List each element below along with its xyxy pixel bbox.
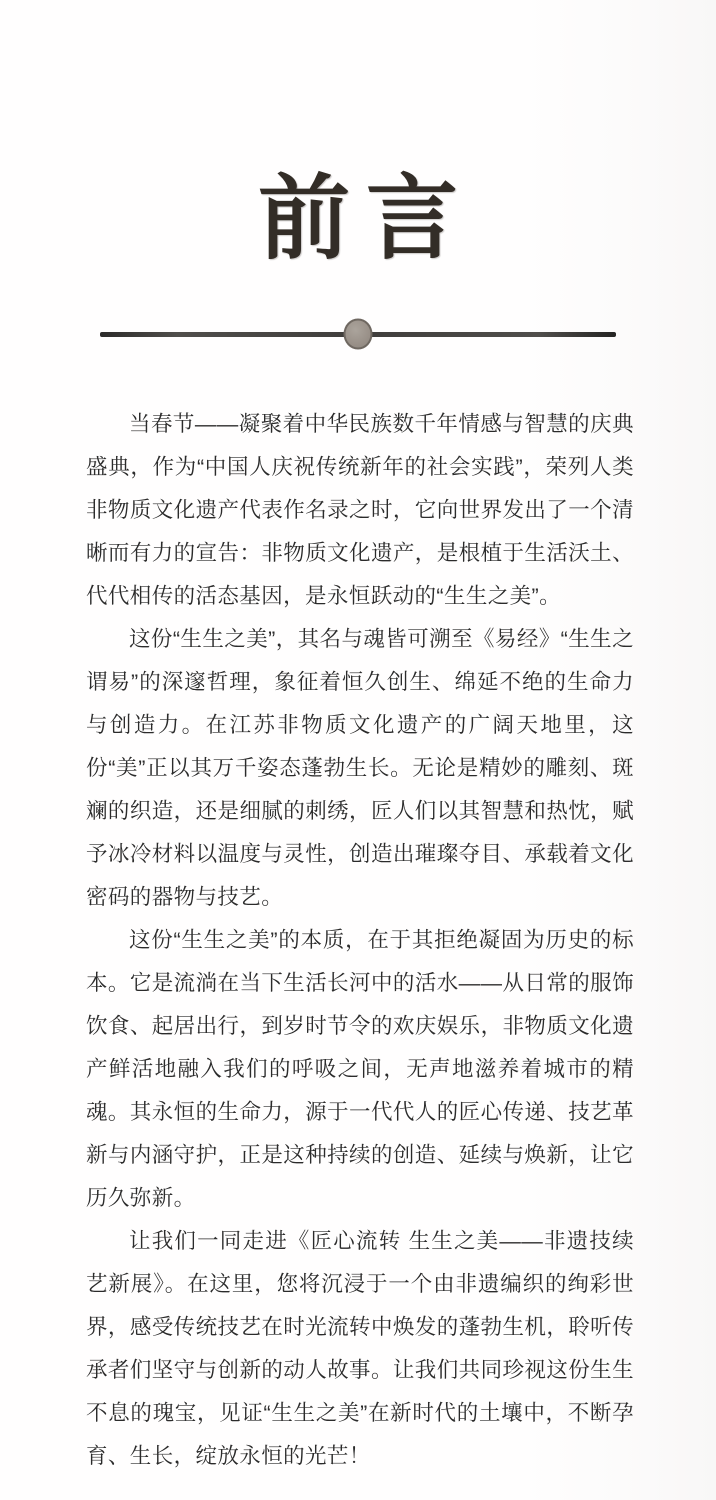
title-divider	[100, 317, 616, 351]
paragraph-3: 这份“生生之美”的本质，在于其拒绝凝固为历史的标本。它是流淌在当下生活长河中的活…	[86, 919, 634, 1220]
page-title: 前言	[0, 0, 716, 273]
preface-page: 前言 当春节——凝聚着中华民族数千年情感与智慧的庆典盛典，作为“中国人庆祝传统新…	[0, 0, 716, 1500]
paragraph-2: 这份“生生之美”，其名与魂皆可溯至《易经》“生生之谓易”的深邃哲理，象征着恒久创…	[86, 618, 634, 919]
divider-circle-ornament	[344, 319, 373, 350]
paragraph-4: 让我们一同走进《匠心流转 生生之美——非遗技续艺新展》。在这里，您将沉浸于一个由…	[86, 1220, 634, 1478]
paragraph-1: 当春节——凝聚着中华民族数千年情感与智慧的庆典盛典，作为“中国人庆祝传统新年的社…	[86, 403, 634, 618]
preface-body: 当春节——凝聚着中华民族数千年情感与智慧的庆典盛典，作为“中国人庆祝传统新年的社…	[86, 403, 634, 1478]
